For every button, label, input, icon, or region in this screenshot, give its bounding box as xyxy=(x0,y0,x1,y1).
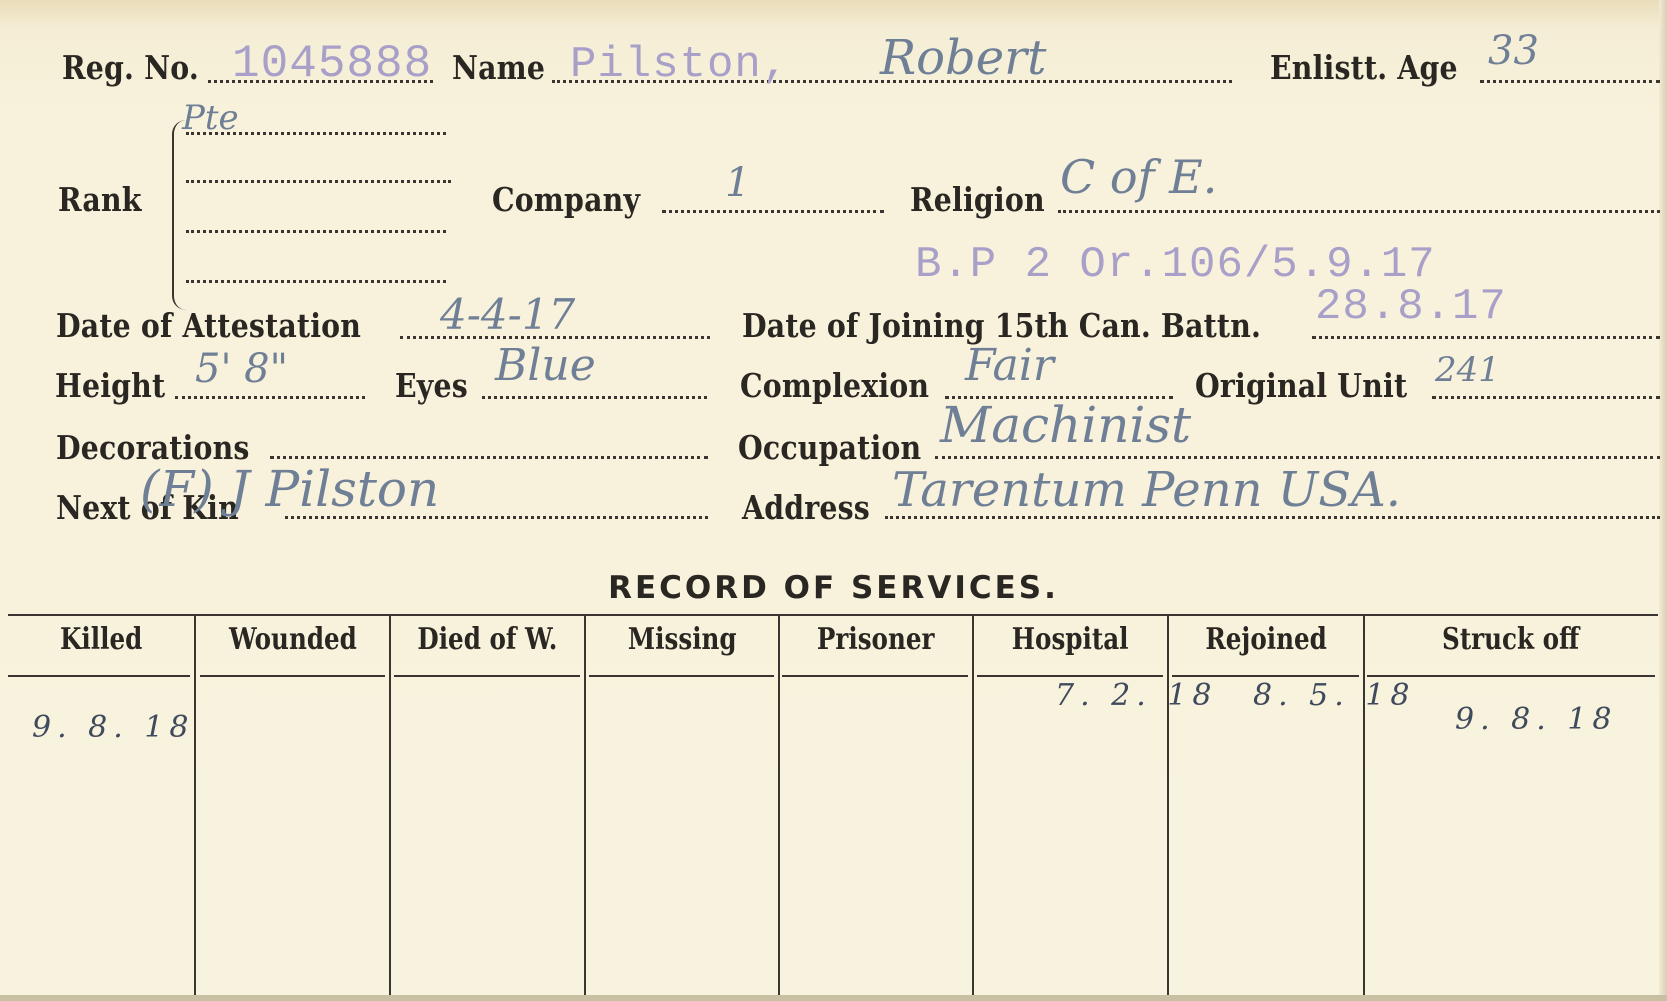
column-divider xyxy=(972,616,974,996)
rank-line-4 xyxy=(186,280,446,283)
company-label: Company xyxy=(492,180,640,219)
column-divider xyxy=(1167,616,1169,996)
column-divider xyxy=(389,616,391,996)
enlist-age-dotted-line xyxy=(1480,80,1660,83)
column-header-killed: Killed xyxy=(8,622,194,672)
date-of-joining-dotted-line xyxy=(1312,336,1660,339)
religion-handwritten: C of E. xyxy=(1060,150,1217,204)
height-dotted-line xyxy=(175,396,365,399)
eyes-dotted-line xyxy=(482,396,707,399)
header-underline xyxy=(782,675,968,677)
given-name-handwritten: Robert xyxy=(880,30,1046,86)
address-handwritten: Tarentum Penn USA. xyxy=(892,462,1401,518)
date-of-joining-stamp: 28.8.17 xyxy=(1315,282,1507,332)
header-underline xyxy=(394,675,580,677)
enlist-age-label: Enlistt. Age xyxy=(1270,48,1458,87)
decorations-dotted-line xyxy=(270,456,708,459)
height-handwritten: 5' 8" xyxy=(195,346,288,392)
column-header-hospital: Hospital xyxy=(974,622,1167,672)
header-underline xyxy=(1367,675,1655,677)
column-divider xyxy=(1363,616,1365,996)
column-divider xyxy=(778,616,780,996)
column-divider xyxy=(194,616,196,996)
enlist-age-handwritten: 33 xyxy=(1488,28,1539,74)
reg-no-stamp: 1045888 xyxy=(232,38,432,90)
date-of-attestation-handwritten: 4-4-17 xyxy=(440,290,575,339)
date-of-attestation-label: Date of Attestation xyxy=(56,306,361,345)
service-record-card: Reg. No. 1045888 Name Pilston, Robert En… xyxy=(0,0,1667,1001)
hospital-value: 7. 2. 18 xyxy=(1055,678,1218,713)
struck-off-value: 9. 8. 18 xyxy=(1455,702,1618,737)
column-header-struck-off: Struck off xyxy=(1365,622,1657,672)
eyes-label: Eyes xyxy=(395,366,468,405)
original-unit-label: Original Unit xyxy=(1195,366,1407,405)
eyes-handwritten: Blue xyxy=(495,340,596,391)
address-label: Address xyxy=(742,488,870,527)
rank-line-2 xyxy=(186,180,451,183)
record-top-rule xyxy=(8,614,1658,616)
original-unit-handwritten: 241 xyxy=(1435,350,1500,390)
surname-stamp: Pilston, xyxy=(570,40,789,90)
religion-label: Religion xyxy=(910,180,1045,219)
header-underline xyxy=(589,675,774,677)
header-underline xyxy=(8,675,190,677)
reg-no-label: Reg. No. xyxy=(62,48,199,87)
column-header-died-of-wounds: Died of W. xyxy=(391,622,584,672)
company-handwritten: 1 xyxy=(725,160,750,206)
original-unit-dotted-line xyxy=(1432,396,1660,399)
complexion-label: Complexion xyxy=(740,366,929,405)
column-header-wounded: Wounded xyxy=(196,622,389,672)
column-header-rejoined: Rejoined xyxy=(1169,622,1363,672)
occupation-handwritten: Machinist xyxy=(940,396,1191,454)
height-label: Height xyxy=(55,366,165,405)
header-underline xyxy=(977,675,1163,677)
column-header-prisoner: Prisoner xyxy=(780,622,972,672)
record-of-services-title: RECORD OF SERVICES. xyxy=(0,570,1667,606)
rejoined-value: 8. 5. 18 xyxy=(1253,678,1416,713)
rank-handwritten: Pte xyxy=(182,98,239,138)
header-underline xyxy=(1172,675,1359,677)
next-of-kin-handwritten: (F) J Pilston xyxy=(140,460,439,518)
rank-label: Rank xyxy=(58,180,142,219)
occupation-dotted-line xyxy=(935,456,1660,459)
name-label: Name xyxy=(452,48,545,87)
column-header-missing: Missing xyxy=(586,622,778,672)
complexion-handwritten: Fair xyxy=(965,340,1054,391)
killed-value: 9. 8. 18 xyxy=(32,710,195,745)
header-underline xyxy=(200,675,385,677)
religion-dotted-line xyxy=(1058,210,1660,213)
company-dotted-line xyxy=(662,210,884,213)
column-divider xyxy=(584,616,586,996)
rank-line-3 xyxy=(186,230,446,233)
